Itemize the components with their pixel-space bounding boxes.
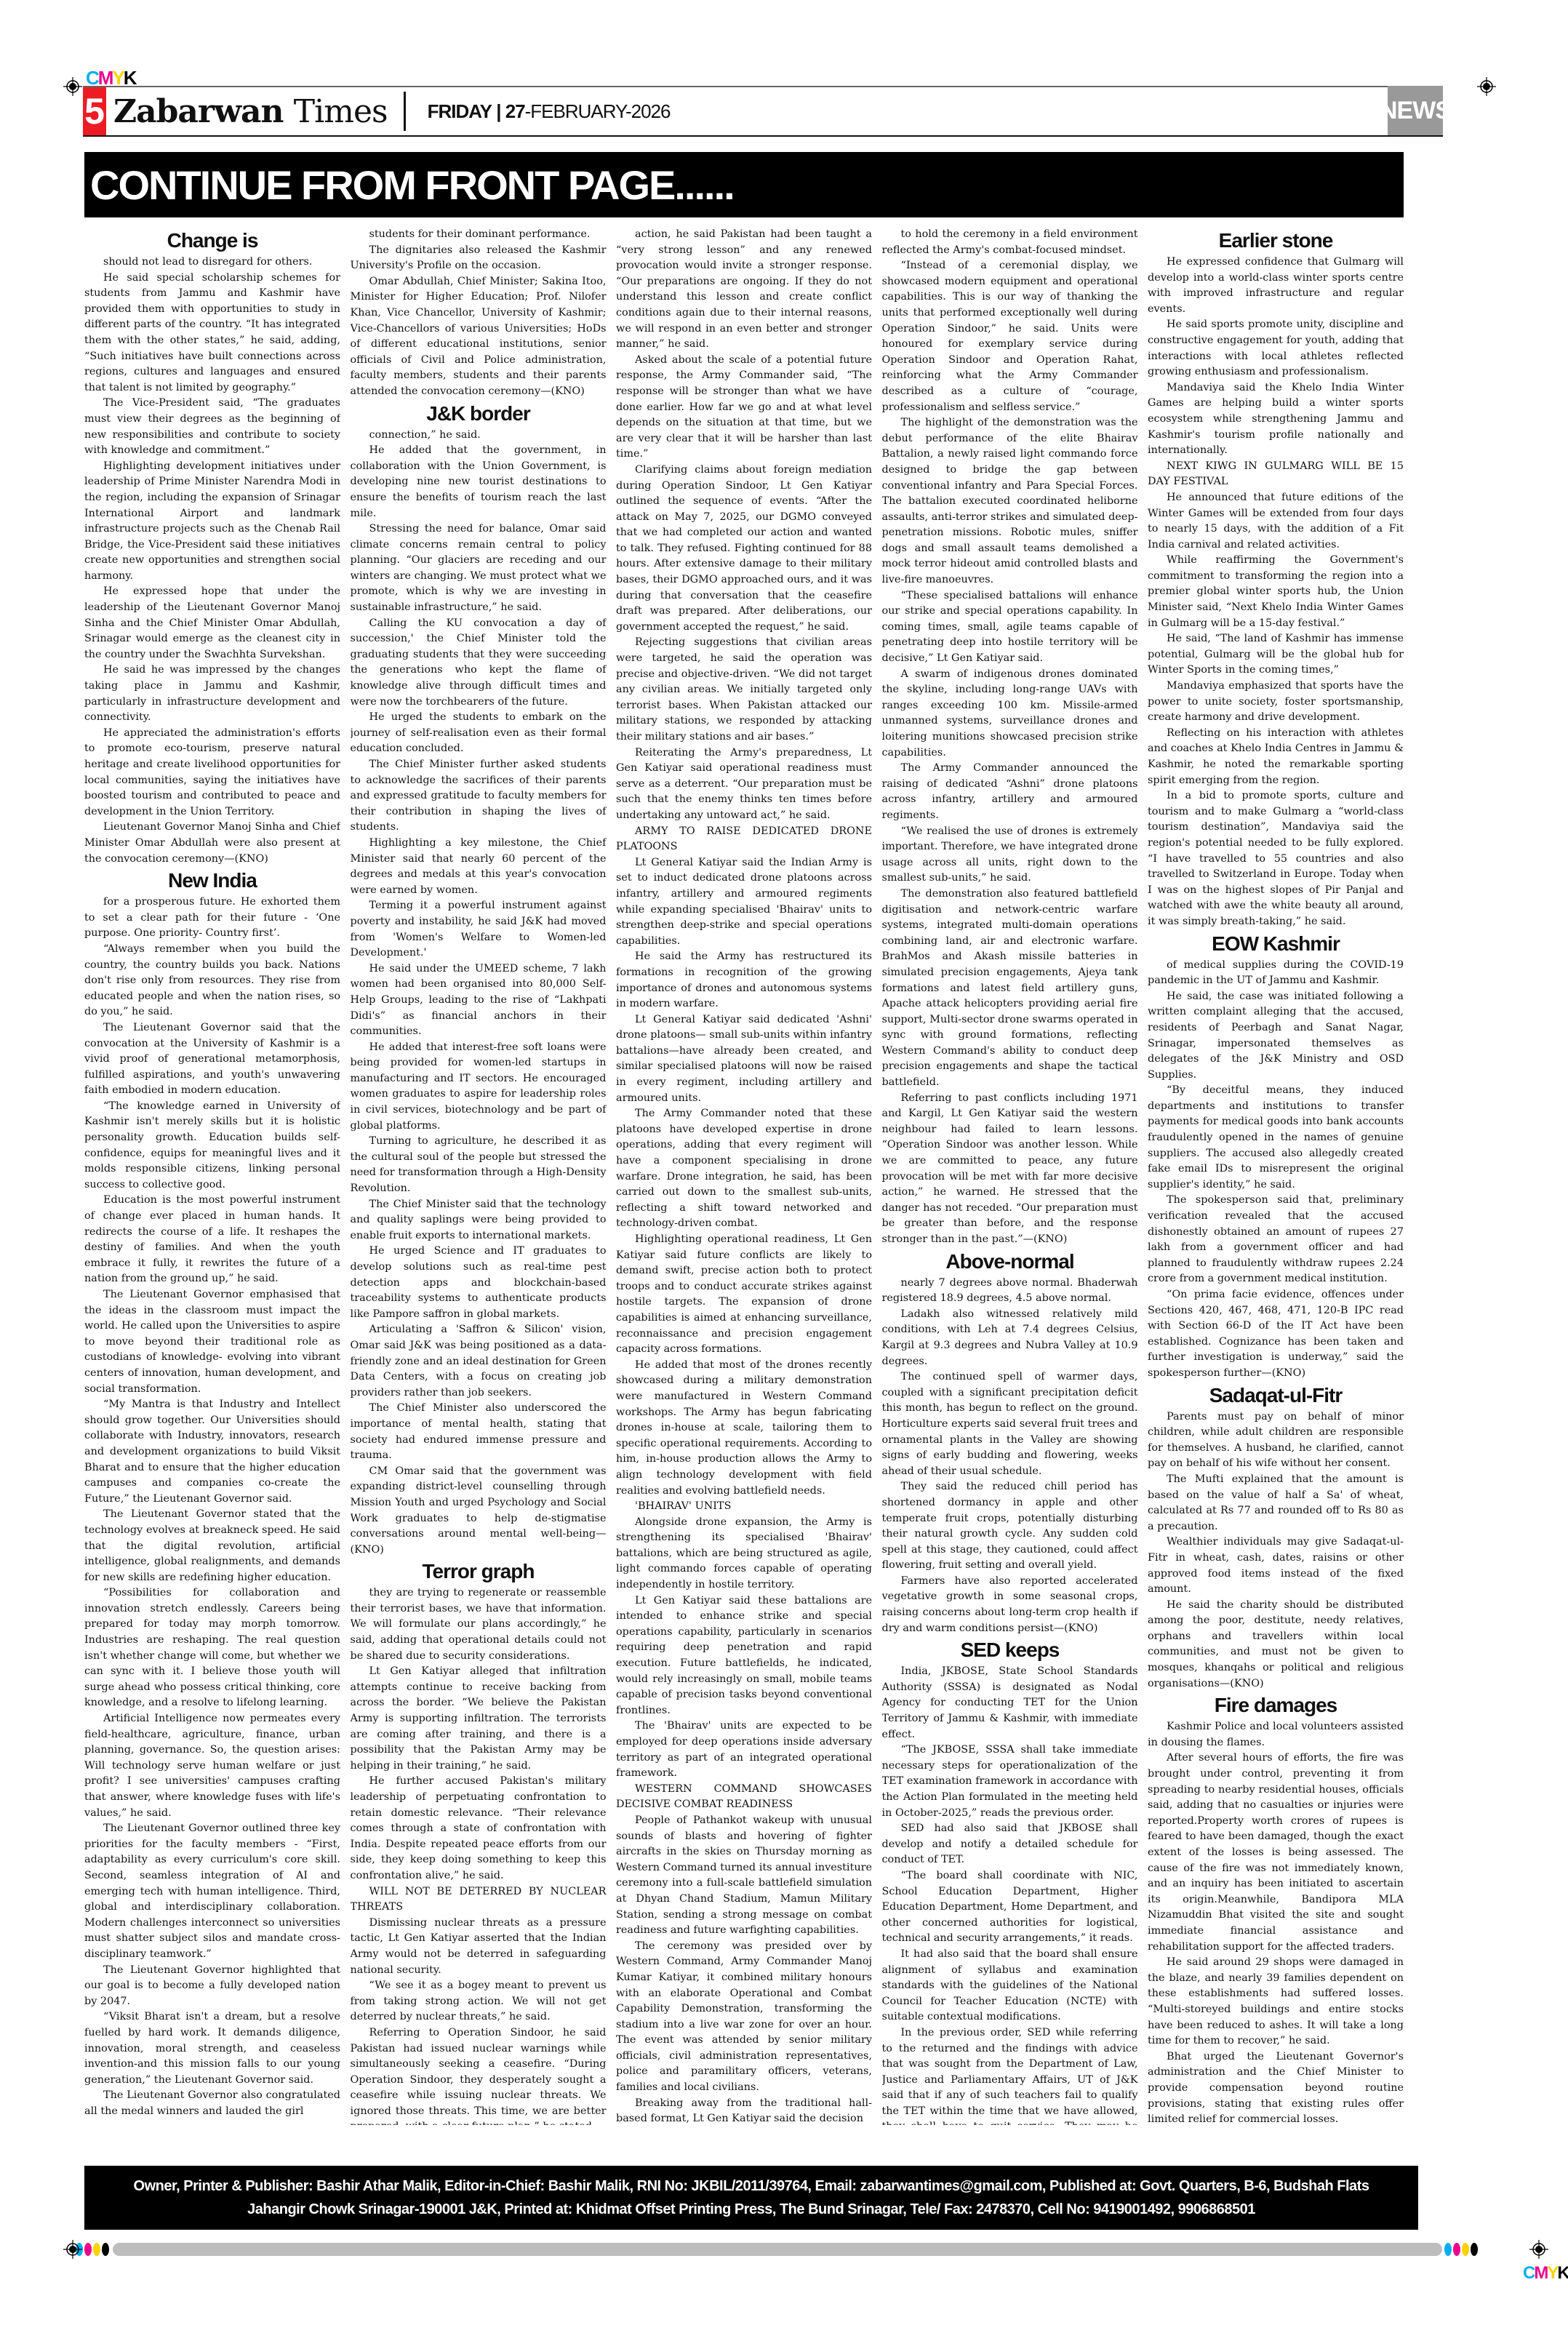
column-3: action, he said Pakistan had been taught…	[616, 227, 872, 2125]
issue-date: FRIDAY | 27-FEBRUARY-2026	[428, 100, 671, 123]
paper-name: Zabarwan Times	[113, 93, 388, 130]
article-paragraph: The Army Commander announced the raising…	[882, 761, 1138, 823]
gray-bar	[113, 2243, 1442, 2256]
article-paragraph: Mandaviya emphasized that sports have th…	[1148, 679, 1404, 726]
article-paragraph: Asked about the scale of a potential fut…	[616, 353, 872, 463]
article-paragraph: “Possibilities for collaboration and inn…	[84, 1585, 340, 1711]
cmyk-y: Y	[1547, 2263, 1557, 2283]
cmyk-label-bottom: CMYK	[1523, 2263, 1568, 2284]
article-headline: Above-normal	[882, 1249, 1138, 1274]
article-paragraph: The Lieutenant Governor stated that the …	[84, 1507, 340, 1585]
article-paragraph: The dignitaries also released the Kashmi…	[351, 243, 607, 274]
imprint-line-2: Jahangir Chowk Srinagar-190001 J&K, Prin…	[84, 2198, 1418, 2221]
article-paragraph: “On prima facie evidence, offences under…	[1148, 1287, 1404, 1382]
article-paragraph: Lt Gen Katiyar said these battalions are…	[616, 1593, 872, 1719]
page-banner: CONTINUE FROM FRONT PAGE......	[84, 152, 1404, 217]
masthead-divider	[404, 92, 406, 131]
article-paragraph: action, he said Pakistan had been taught…	[616, 227, 872, 353]
article-headline: Terror graph	[351, 1559, 607, 1584]
article-paragraph: He said he was impressed by the changes …	[84, 663, 340, 725]
page-number: 5	[83, 87, 106, 135]
registration-mark-icon	[63, 2240, 82, 2259]
article-paragraph: Mandaviya said the Khelo India Winter Ga…	[1148, 380, 1404, 459]
article-headline: SED keeps	[882, 1638, 1138, 1662]
black-dot-icon	[102, 2243, 109, 2256]
cmyk-k: K	[1557, 2263, 1568, 2283]
article-paragraph: The Chief Minister said that the technol…	[351, 1197, 607, 1244]
article-paragraph: People of Pathankot wakeup with unusual …	[616, 1813, 872, 1939]
article-paragraph: Wealthier individuals may give Sadaqat-u…	[1148, 1534, 1404, 1597]
article-paragraph: The demonstration also featured battlefi…	[882, 887, 1138, 1091]
article-paragraph: He said special scholarship schemes for …	[84, 271, 340, 396]
article-columns: Change isshould not lead to disregard fo…	[84, 227, 1404, 2125]
article-paragraph: 'BHAIRAV' UNITS	[616, 1499, 872, 1515]
article-paragraph: Calling the KU convocation a day of succ…	[351, 616, 607, 711]
issue-date-day: 27	[505, 100, 525, 122]
article-paragraph: “Instead of a ceremonial display, we sho…	[882, 258, 1138, 415]
article-paragraph: Reflecting on his interaction with athle…	[1148, 726, 1404, 788]
article-paragraph: He said sports promote unity, discipline…	[1148, 317, 1404, 380]
article-paragraph: The Mufti explained that the amount is b…	[1148, 1472, 1404, 1534]
article-paragraph: Education is the most powerful instrumen…	[84, 1193, 340, 1287]
article-paragraph: Articulating a 'Saffron & Silicon' visio…	[351, 1322, 607, 1401]
article-paragraph: NEXT KIWG IN GULMARG WILL BE 15 DAY FEST…	[1148, 459, 1404, 490]
article-paragraph: to hold the ceremony in a field environm…	[882, 227, 1138, 258]
article-paragraph: The continued spell of warmer days, coup…	[882, 1369, 1138, 1479]
registration-mark-icon	[63, 77, 82, 96]
article-paragraph: He added that most of the drones recentl…	[616, 1358, 872, 1499]
article-paragraph: The Army Commander noted that these plat…	[616, 1106, 872, 1232]
issue-date-rest: -FEBRUARY-2026	[525, 100, 671, 122]
article-paragraph: Lt General Katiyar said dedicated 'Ashni…	[616, 1012, 872, 1107]
date-separator: |	[496, 100, 500, 122]
article-paragraph: Highlighting operational readiness, Lt G…	[616, 1232, 872, 1358]
magenta-dot-icon	[84, 2243, 92, 2256]
article-paragraph: Referring to Operation Sindoor, he said …	[351, 2025, 607, 2125]
registration-mark-icon	[1477, 77, 1496, 96]
article-paragraph: “These specialised battalions will enhan…	[882, 588, 1138, 667]
article-paragraph: Kashmir Police and local volunteers assi…	[1148, 1719, 1404, 1750]
article-paragraph: The Chief Minister further asked student…	[351, 757, 607, 836]
article-paragraph: After several hours of efforts, the fire…	[1148, 1750, 1404, 1955]
article-paragraph: He said, the case was initiated followin…	[1148, 989, 1404, 1084]
imprint-line-1: Owner, Printer & Publisher: Bashir Athar…	[84, 2174, 1418, 2198]
article-paragraph: should not lead to disregard for others.	[84, 255, 340, 271]
article-headline: EOW Kashmir	[1148, 932, 1404, 956]
article-paragraph: Rejecting suggestions that civilian area…	[616, 635, 872, 745]
article-paragraph: CM Omar said that the government was exp…	[351, 1464, 607, 1558]
article-paragraph: Dismissing nuclear threats as a pressure…	[351, 1916, 607, 1978]
article-paragraph: He added that the government, in collabo…	[351, 443, 607, 521]
article-headline: Sadaqat-ul-Fitr	[1148, 1383, 1404, 1408]
article-paragraph: They said the reduced chill period has s…	[882, 1479, 1138, 1574]
article-paragraph: “Always remember when you build the coun…	[84, 942, 340, 1020]
article-headline: Fire damages	[1148, 1693, 1404, 1718]
article-paragraph: The Lieutenant Governor highlighted that…	[84, 1963, 340, 2010]
article-paragraph: Lt Gen Katiyar alleged that infiltration…	[351, 1664, 607, 1774]
article-paragraph: He expressed confidence that Gulmarg wil…	[1148, 255, 1404, 317]
article-paragraph: “The JKBOSE, SSSA shall take immediate n…	[882, 1742, 1138, 1821]
article-paragraph: nearly 7 degrees above normal. Bhaderwah…	[882, 1276, 1138, 1307]
article-paragraph: Turning to agriculture, he described it …	[351, 1134, 607, 1196]
article-headline: J&K border	[351, 401, 607, 426]
masthead: 5 Zabarwan Times FRIDAY | 27-FEBRUARY-20…	[83, 86, 1443, 137]
article-paragraph: Parents must pay on behalf of minor chil…	[1148, 1409, 1404, 1472]
article-paragraph: Ladakh also witnessed relatively mild co…	[882, 1307, 1138, 1369]
article-paragraph: “By deceitful means, they induced depart…	[1148, 1083, 1404, 1193]
article-paragraph: The ceremony was presided over by Wester…	[616, 1939, 872, 2096]
article-headline: New India	[84, 868, 340, 893]
cmyk-m: M	[1534, 2263, 1547, 2283]
article-headline: Earlier stone	[1148, 228, 1404, 253]
article-paragraph: It had also said that the board shall en…	[882, 1947, 1138, 2025]
paper-name-light: Times	[294, 93, 388, 130]
article-paragraph: He said around 29 shops were damaged in …	[1148, 1955, 1404, 2049]
imprint-footer: Owner, Printer & Publisher: Bashir Athar…	[84, 2166, 1418, 2230]
article-paragraph: The spokesperson said that, preliminary …	[1148, 1193, 1404, 1287]
article-paragraph: The Vice-President said, “The graduates …	[84, 396, 340, 458]
article-paragraph: “The knowledge earned in University of K…	[84, 1099, 340, 1193]
article-paragraph: Bhat urged the Lieutenant Governor's adm…	[1148, 2049, 1404, 2125]
article-paragraph: ARMY TO RAISE DEDICATED DRONE PLATOONS	[616, 824, 872, 855]
article-paragraph: Referring to past conflicts including 19…	[882, 1091, 1138, 1248]
article-paragraph: “The board shall coordinate with NIC, Sc…	[882, 1868, 1138, 1947]
column-5: Earlier stoneHe expressed confidence tha…	[1148, 227, 1404, 2125]
article-paragraph: Omar Abdullah, Chief Minister; Sakina It…	[351, 274, 607, 400]
column-1: Change isshould not lead to disregard fo…	[84, 227, 340, 2125]
article-paragraph: SED had also said that JKBOSE shall deve…	[882, 1821, 1138, 1868]
article-paragraph: The Lieutenant Governor emphasised that …	[84, 1287, 340, 1397]
cmyk-c: C	[1523, 2263, 1534, 2283]
article-paragraph: He expressed hope that under the leaders…	[84, 584, 340, 663]
article-paragraph: He said the Army has restructured its fo…	[616, 949, 872, 1012]
registration-mark-icon	[1529, 2240, 1548, 2259]
article-paragraph: “Viksit Bharat isn't a dream, but a reso…	[84, 2009, 340, 2088]
article-paragraph: “We realised the use of drones is extrem…	[882, 824, 1138, 887]
column-4: to hold the ceremony in a field environm…	[882, 227, 1138, 2125]
black-dot-icon	[1471, 2243, 1478, 2256]
article-paragraph: The Lieutenant Governor said that the co…	[84, 1020, 340, 1099]
article-paragraph: Highlighting development initiatives und…	[84, 459, 340, 585]
article-paragraph: A swarm of indigenous drones dominated t…	[882, 667, 1138, 761]
article-headline: Change is	[84, 228, 340, 253]
article-paragraph: Lieutenant Governor Manoj Sinha and Chie…	[84, 820, 340, 867]
article-paragraph: He announced that future editions of the…	[1148, 490, 1404, 553]
issue-day: FRIDAY	[428, 100, 492, 122]
article-paragraph: Farmers have also reported accelerated v…	[882, 1574, 1138, 1636]
article-paragraph: for a prosperous future. He exhorted the…	[84, 895, 340, 942]
article-paragraph: Lt General Katiyar said the Indian Army …	[616, 855, 872, 950]
article-paragraph: In a bid to promote sports, culture and …	[1148, 788, 1404, 929]
article-paragraph: Terming it a powerful instrument against…	[351, 898, 607, 961]
column-2: students for their dominant performance.…	[351, 227, 607, 2125]
article-paragraph: of medical supplies during the COVID-19 …	[1148, 958, 1404, 989]
article-paragraph: Highlighting a key milestone, the Chief …	[351, 836, 607, 898]
paper-name-bold: Zabarwan	[113, 93, 283, 130]
article-paragraph: India, JKBOSE, State School Standards Au…	[882, 1664, 1138, 1742]
article-paragraph: He appreciated the administration's effo…	[84, 726, 340, 820]
article-paragraph: He said the charity should be distribute…	[1148, 1598, 1404, 1692]
article-paragraph: Reiterating the Army's preparedness, Lt …	[616, 745, 872, 824]
article-paragraph: they are trying to regenerate or reassem…	[351, 1585, 607, 1664]
article-paragraph: Alongside drone expansion, the Army is s…	[616, 1515, 872, 1593]
cyan-dot-icon	[1444, 2243, 1452, 2256]
magenta-dot-icon	[1453, 2243, 1460, 2256]
article-paragraph: The Lieutenant Governor also congratulat…	[84, 2088, 340, 2119]
article-paragraph: Clarifying claims about foreign mediatio…	[616, 463, 872, 636]
article-paragraph: WILL NOT BE DETERRED BY NUCLEAR THREATS	[351, 1884, 607, 1916]
article-paragraph: He said under the UMEED scheme, 7 lakh w…	[351, 961, 607, 1040]
article-paragraph: The 'Bhairav' units are expected to be e…	[616, 1718, 872, 1781]
article-paragraph: The highlight of the demonstration was t…	[882, 415, 1138, 588]
article-paragraph: He added that interest-free soft loans w…	[351, 1040, 607, 1135]
article-paragraph: WESTERN COMMAND SHOWCASES DECISIVE COMBA…	[616, 1782, 872, 1813]
article-paragraph: While reaffirming the Government's commi…	[1148, 553, 1404, 631]
yellow-dot-icon	[93, 2243, 100, 2256]
article-paragraph: Artificial Intelligence now permeates ev…	[84, 1711, 340, 1821]
section-tag: NEWS	[1388, 86, 1443, 135]
article-paragraph: “My Mantra is that Industry and Intellec…	[84, 1397, 340, 1507]
yellow-dot-icon	[1462, 2243, 1469, 2256]
article-paragraph: In the previous order, SED while referri…	[882, 2025, 1138, 2125]
article-paragraph: He urged the students to embark on the j…	[351, 710, 607, 757]
article-paragraph: connection,” he said.	[351, 428, 607, 444]
color-calibration-strip	[76, 2241, 1530, 2257]
article-paragraph: He further accused Pakistan's military l…	[351, 1774, 607, 1884]
article-paragraph: The Lieutenant Governor outlined three k…	[84, 1821, 340, 1962]
article-paragraph: The Chief Minister also underscored the …	[351, 1401, 607, 1463]
article-paragraph: Stressing the need for balance, Omar sai…	[351, 521, 607, 616]
article-paragraph: students for their dominant performance.	[351, 227, 607, 243]
article-paragraph: “We see it as a bogey meant to prevent u…	[351, 1978, 607, 2025]
article-paragraph: He urged Science and IT graduates to dev…	[351, 1244, 607, 1322]
article-paragraph: He said, “The land of Kashmir has immens…	[1148, 631, 1404, 679]
article-paragraph: Breaking away from the traditional hall-…	[616, 2096, 872, 2125]
